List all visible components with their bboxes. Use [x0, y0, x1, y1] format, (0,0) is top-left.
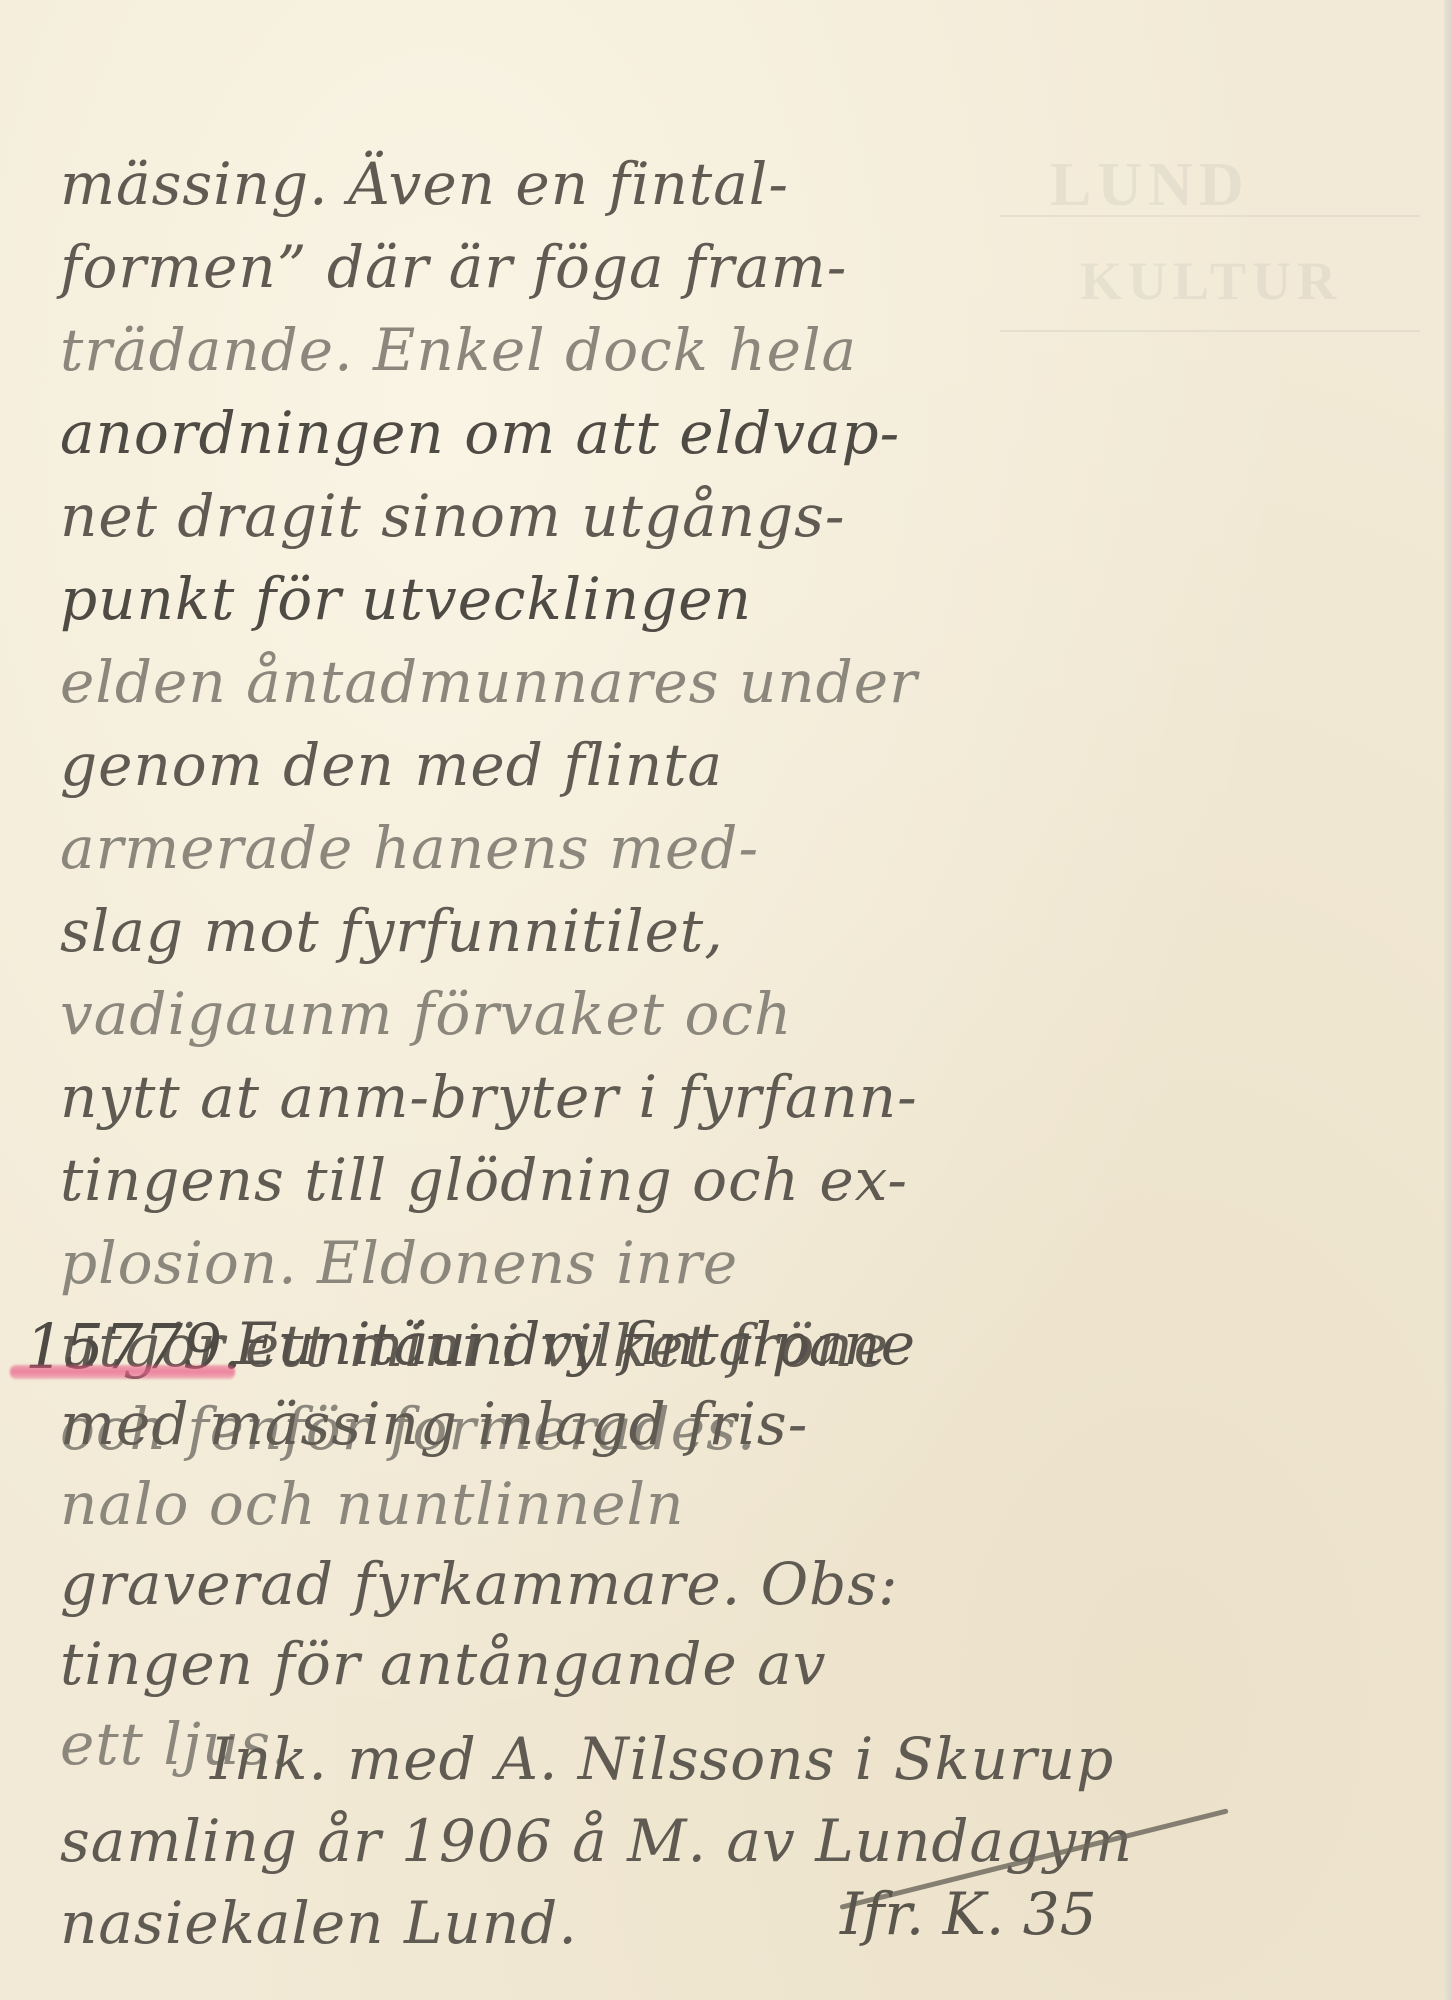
signature: Ifr. K. 35: [840, 1880, 1097, 1948]
page-edge-shadow: [1444, 0, 1452, 2000]
text-line: anordningen om att eldvap-: [60, 404, 900, 462]
text-line: punkt för utvecklingen: [60, 570, 752, 628]
letterhead-rule: [1000, 215, 1420, 217]
letterhead-rule: [1000, 330, 1420, 332]
text-line: vadigaunm förvaket och: [60, 985, 792, 1043]
letterhead-bleed-through-line1: LUND: [1050, 150, 1250, 221]
text-line: graverad fyrkammare. Obs:: [60, 1555, 899, 1613]
text-line: nasiekalen Lund.: [60, 1894, 578, 1952]
text-line: samling år 1906 å M. av Lundagym: [60, 1812, 1133, 1870]
catalog-entry-title: Eunitäundry fintalpane: [235, 1310, 915, 1378]
red-pencil-underline: [10, 1365, 235, 1379]
text-line: armerade hanens med-: [60, 819, 759, 877]
text-line: tingen för antångande av: [60, 1635, 826, 1693]
text-line: mässing. Även en fintal-: [60, 155, 789, 213]
text-line: tingens till glödning och ex-: [60, 1151, 908, 1209]
text-line: formen” där är föga fram-: [60, 238, 847, 296]
text-line: trädande. Enkel dock hela: [60, 321, 857, 379]
letterhead-bleed-through-line2: KULTUR: [1080, 250, 1342, 312]
text-line: elden åntadmunnares under: [60, 653, 918, 711]
text-line: Ink. med A. Nilssons i Skurup: [210, 1730, 1114, 1788]
text-line: genom den med flinta: [60, 736, 723, 794]
text-line: nalo och nuntlinneln: [60, 1475, 684, 1533]
text-line: slag mot fyrfunnitilet,: [60, 902, 724, 960]
scanned-document-page: LUND KULTUR mässing. Även en fintal- for…: [0, 0, 1452, 2000]
text-line: net dragit sinom utgångs-: [60, 487, 846, 545]
text-line: plosion. Eldonens inre: [60, 1234, 738, 1292]
text-line: med mässing inlagd fris-: [60, 1395, 808, 1453]
text-line: nytt at anm-bryter i fyrfann-: [60, 1068, 918, 1126]
